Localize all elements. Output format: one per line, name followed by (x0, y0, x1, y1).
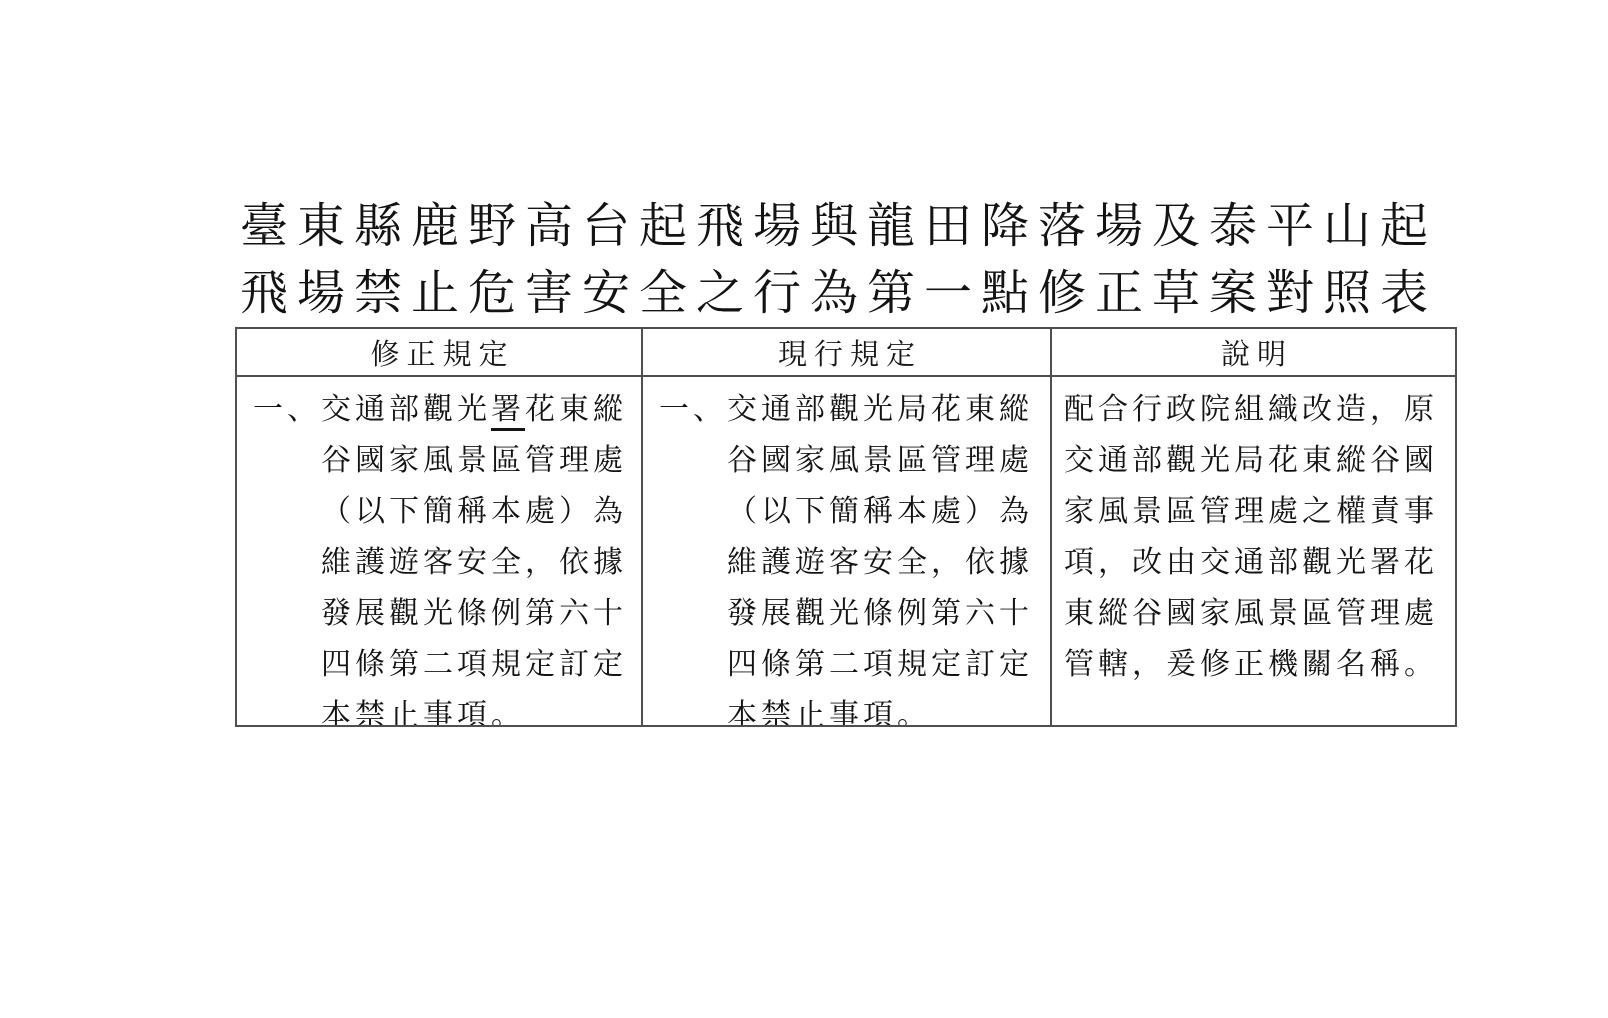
explanation-text: 配合行政院組織改造，原 交通部觀光局花東縱谷國 家風景區管理處之權責事 項，改由… (1064, 384, 1447, 690)
page-background: 臺東縣鹿野高台起飛場與龍田降落場及泰平山起飛場禁止危害安全之行為第一點修正草案對… (0, 0, 1608, 1018)
cell-explanation: 配合行政院組織改造，原 交通部觀光局花東縱谷國 家風景區管理處之權責事 項，改由… (1052, 377, 1455, 725)
cell-current-provision: 一、交通部觀光局花東縱 谷國家風景區管理處 （以下簡稱本處）為 維護遊客安全，依… (643, 377, 1052, 725)
amended-clause-rest: 花東縱 谷國家風景區管理處 （以下簡稱本處）為 維護遊客安全，依據 發展觀光條例… (321, 392, 627, 725)
document: 臺東縣鹿野高台起飛場與龍田降落場及泰平山起飛場禁止危害安全之行為第一點修正草案對… (240, 193, 1462, 327)
current-clause-text: 一、交通部觀光局花東縱 谷國家風景區管理處 （以下簡稱本處）為 維護遊客安全，依… (659, 384, 1042, 725)
title-line-2: 飛場禁止危害安全之行為第一點修正草案對照表 (240, 260, 1462, 327)
title-line-1: 臺東縣鹿野高台起飛場與龍田降落場及泰平山起 (240, 193, 1462, 260)
cell-amended-provision: 一、交通部觀光署花東縱 谷國家風景區管理處 （以下簡稱本處）為 維護遊客安全，依… (237, 377, 643, 725)
header-cell-amended-provisions: 修正規定 (237, 329, 643, 377)
header-cell-explanation: 說明 (1052, 329, 1455, 377)
amended-clause-text: 一、交通部觀光署花東縱 谷國家風景區管理處 （以下簡稱本處）為 維護遊客安全，依… (253, 384, 633, 725)
amended-agency-character-highlight: 署 (491, 392, 525, 431)
comparison-table: 修正規定 現行規定 說明 一、交通部觀光署花東縱 谷國家風景區管理處 （以下簡稱… (235, 327, 1457, 727)
header-cell-current-provisions: 現行規定 (643, 329, 1052, 377)
document-title: 臺東縣鹿野高台起飛場與龍田降落場及泰平山起飛場禁止危害安全之行為第一點修正草案對… (240, 193, 1462, 327)
table-header-row: 修正規定 現行規定 說明 (237, 329, 1455, 377)
amended-clause-lead: 一、交通部觀光 (253, 392, 491, 427)
table-body-row: 一、交通部觀光署花東縱 谷國家風景區管理處 （以下簡稱本處）為 維護遊客安全，依… (237, 377, 1455, 725)
